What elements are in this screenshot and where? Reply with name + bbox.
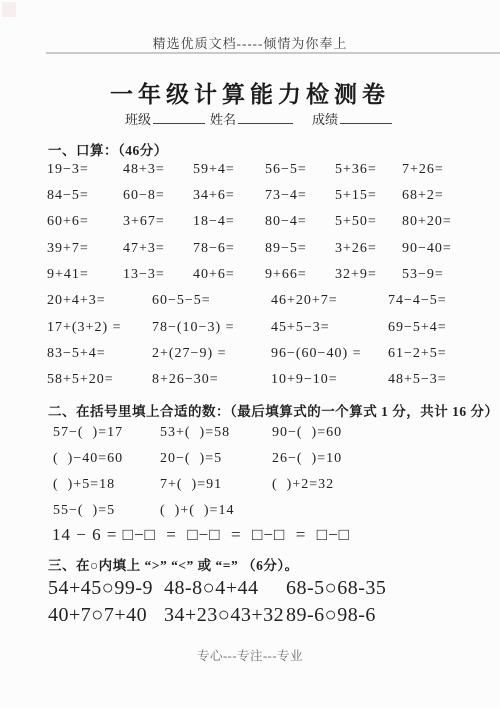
math-problem: 90−( )=60 bbox=[272, 425, 342, 441]
math-problem: 8+26−30= bbox=[152, 372, 219, 388]
math-problem: 60+6= bbox=[47, 214, 89, 230]
math-problem: 5+50= bbox=[335, 214, 377, 230]
math-problem: 60−5−5= bbox=[152, 293, 211, 309]
footer-text: 专心---专注---专业 bbox=[0, 646, 500, 664]
section3-heading: 三、在○内填上 “>” “<” 或 “=” （6分）。 bbox=[48, 554, 299, 574]
math-problem: 61−2+5= bbox=[388, 346, 447, 362]
math-problem: 32+9= bbox=[335, 267, 377, 283]
fill-blank-row: ( )−40=6020−( )=526−( )=10 bbox=[0, 451, 500, 472]
oral-row: 19−3=48+3=59+4=56−5=5+36=7+26= bbox=[0, 162, 500, 183]
math-problem: 80+20= bbox=[402, 214, 452, 230]
page-title: 一年级计算能力检测卷 bbox=[0, 76, 500, 109]
math-problem: 55−( )=5 bbox=[53, 503, 115, 519]
math-problem: 48+5−3= bbox=[388, 372, 447, 388]
math-problem: 89−5= bbox=[265, 241, 307, 257]
math-problem: ( )−40=60 bbox=[53, 451, 123, 467]
score-blank bbox=[340, 110, 392, 124]
math-problem: 53−9= bbox=[402, 267, 444, 283]
header-divider bbox=[46, 52, 500, 54]
math-problem: 59+4= bbox=[193, 162, 235, 178]
class-blank bbox=[153, 110, 205, 124]
math-problem: 74−4−5= bbox=[388, 293, 447, 309]
fill-blank-row: 57−( )=1753+( )=5890−( )=60 bbox=[0, 425, 500, 446]
math-problem: 45+5−3= bbox=[271, 320, 330, 336]
oral-row: 83−5+4=2+(27−9) =96−(60−40) =61−2+5= bbox=[0, 346, 500, 367]
worksheet-page: 精选优质文档-----倾情为你奉上 一年级计算能力检测卷 班级 姓名 成绩 一、… bbox=[0, 0, 500, 708]
math-problem: 26−( )=10 bbox=[272, 451, 342, 467]
math-problem: 78−(10−3) = bbox=[152, 320, 235, 336]
oral-row: 9+41=13−3=40+6=9+66=32+9=53−9= bbox=[0, 267, 500, 288]
math-problem: 39+7= bbox=[47, 241, 89, 257]
math-problem: 80−4= bbox=[265, 214, 307, 230]
decompose-equation: 14 − 6 = □−□ = □−□ = □−□ = □−□ bbox=[52, 525, 350, 545]
oral-row: 58+5+20=8+26−30=10+9−10=48+5−3= bbox=[0, 372, 500, 393]
corner-marker bbox=[2, 2, 16, 17]
math-problem: 2+(27−9) = bbox=[152, 346, 227, 362]
math-problem: 48-8○4+44 bbox=[164, 577, 259, 600]
math-problem: 78−6= bbox=[193, 241, 235, 257]
math-problem: 40+6= bbox=[193, 267, 235, 283]
section2-heading: 二、在括号里填上合适的数：（最后填算式的一个算式 1 分，共计 16 分） bbox=[48, 400, 499, 420]
math-problem: 18−4= bbox=[193, 214, 235, 230]
oral-row: 60+6=3+67=18−4=80−4=5+50=80+20= bbox=[0, 214, 500, 235]
math-problem: 58+5+20= bbox=[47, 372, 114, 388]
student-info-row: 班级 姓名 成绩 bbox=[0, 109, 500, 127]
math-problem: 9+66= bbox=[265, 267, 307, 283]
math-problem: 3+26= bbox=[335, 241, 377, 257]
class-label: 班级 bbox=[125, 112, 151, 127]
math-problem: 3+67= bbox=[123, 214, 165, 230]
math-problem: 5+15= bbox=[335, 188, 377, 204]
math-problem: 53+( )=58 bbox=[160, 425, 230, 441]
math-problem: 57−( )=17 bbox=[53, 425, 123, 441]
math-problem: 68-5○68-35 bbox=[286, 577, 386, 600]
math-problem: 13−3= bbox=[123, 267, 165, 283]
math-problem: ( )+2=32 bbox=[272, 477, 334, 493]
math-problem: 68+2= bbox=[402, 188, 444, 204]
math-problem: 90−40= bbox=[402, 241, 452, 257]
math-problem: ( )+5=18 bbox=[53, 477, 115, 493]
score-field: 成绩 bbox=[312, 109, 392, 128]
oral-row: 17+(3+2) =78−(10−3) =45+5−3=69−5+4= bbox=[0, 320, 500, 341]
name-label: 姓名 bbox=[210, 112, 236, 127]
oral-row: 84−5=60−8=34+6=73−4=5+15=68+2= bbox=[0, 188, 500, 209]
compare-row: 54+45○99-948-8○4+4468-5○68-35 bbox=[0, 577, 500, 598]
math-problem: 17+(3+2) = bbox=[47, 320, 122, 336]
math-problem: 5+36= bbox=[335, 162, 377, 178]
compare-row: 40+7○7+4034+23○43+3289-6○98-6 bbox=[0, 604, 500, 625]
math-problem: 20+4+3= bbox=[47, 293, 106, 309]
banner-text: 精选优质文档-----倾情为你奉上 bbox=[0, 33, 500, 52]
math-problem: 83−5+4= bbox=[47, 346, 106, 362]
name-blank bbox=[238, 110, 293, 124]
name-field: 姓名 bbox=[210, 109, 293, 128]
math-problem: 34+23○43+32 bbox=[164, 604, 284, 627]
math-problem: 96−(60−40) = bbox=[271, 346, 362, 362]
math-problem: 20−( )=5 bbox=[160, 451, 222, 467]
math-problem: 54+45○99-9 bbox=[48, 577, 153, 600]
math-problem: 19−3= bbox=[47, 162, 89, 178]
math-problem: 73−4= bbox=[265, 188, 307, 204]
math-problem: 56−5= bbox=[265, 162, 307, 178]
math-problem: 69−5+4= bbox=[388, 320, 447, 336]
math-problem: 60−8= bbox=[123, 188, 165, 204]
math-problem: 9+41= bbox=[47, 267, 89, 283]
score-label: 成绩 bbox=[312, 112, 338, 127]
math-problem: 10+9−10= bbox=[271, 372, 338, 388]
math-problem: ( )+( )=14 bbox=[160, 503, 234, 519]
oral-row: 39+7=47+3=78−6=89−5=3+26=90−40= bbox=[0, 241, 500, 262]
math-problem: 89-6○98-6 bbox=[286, 604, 376, 627]
math-problem: 47+3= bbox=[123, 241, 165, 257]
math-problem: 40+7○7+40 bbox=[48, 604, 147, 627]
math-problem: 46+20+7= bbox=[271, 293, 338, 309]
class-field: 班级 bbox=[125, 109, 205, 128]
math-problem: 34+6= bbox=[193, 188, 235, 204]
math-problem: 7+26= bbox=[402, 162, 444, 178]
math-problem: 84−5= bbox=[47, 188, 89, 204]
oral-row: 20+4+3=60−5−5=46+20+7=74−4−5= bbox=[0, 293, 500, 314]
fill-blank-row: 55−( )=5( )+( )=14 bbox=[0, 503, 500, 524]
math-problem: 7+( )=91 bbox=[160, 477, 222, 493]
section1-heading: 一、口算：（46分） bbox=[48, 139, 168, 159]
math-problem: 48+3= bbox=[123, 162, 165, 178]
fill-blank-row: ( )+5=187+( )=91( )+2=32 bbox=[0, 477, 500, 498]
